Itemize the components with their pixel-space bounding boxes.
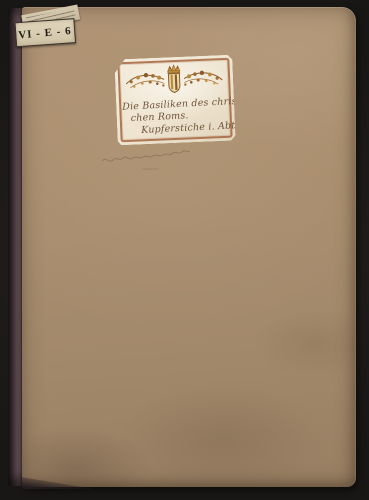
call-number-label: VI - E - 6 (12, 6, 85, 53)
title-label: Die Basiliken des christl: chen Roms. Ku… (114, 55, 235, 146)
shield-icon (168, 73, 180, 92)
floral-leaves-right (184, 70, 219, 86)
floral-leaves-left (129, 72, 164, 88)
crown-crest-ornament (121, 60, 226, 100)
crown-icon (168, 65, 180, 73)
photo-background: VI - E - 6 (0, 0, 369, 500)
pencil-inscription (96, 147, 206, 177)
book-cover: VI - E - 6 (8, 7, 356, 487)
call-number-text: VI - E - 6 (18, 24, 72, 41)
call-number-box: VI - E - 6 (14, 18, 76, 47)
